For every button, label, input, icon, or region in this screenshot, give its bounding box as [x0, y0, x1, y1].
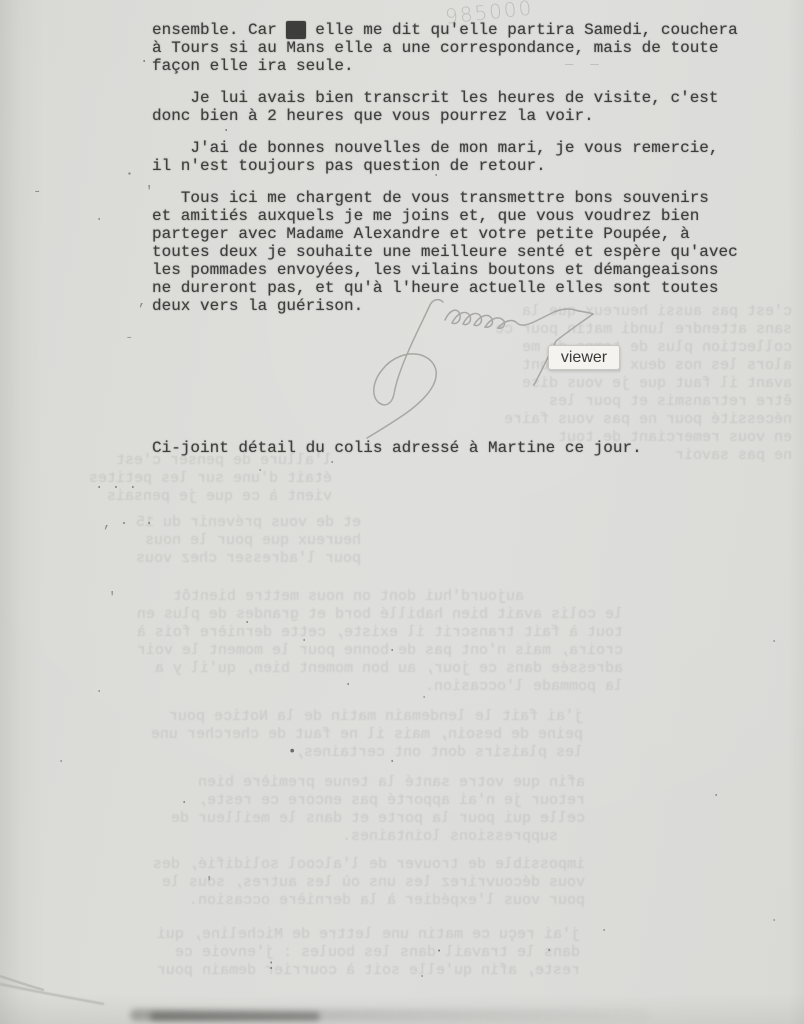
letter-line: J'ai de bonnes nouvelles de mon mari, je…: [152, 139, 738, 157]
letter-line: il n'est toujours pas question de retour…: [152, 157, 738, 175]
letter-text: ensemble. Car: [152, 21, 286, 39]
paper-speck: · · ·: [95, 480, 137, 496]
letter-paragraph: J'ai de bonnes nouvelles de mon mari, je…: [152, 139, 738, 175]
bleedthrough-text: impossible de trouver de l'alcool solidi…: [140, 856, 585, 910]
paper-speck: :: [267, 958, 275, 974]
paper-speck: •: [288, 744, 296, 760]
bleedthrough-text: aujourd'hui dont on nous mettre bientôtl…: [135, 588, 623, 696]
letter-paragraph: Ci-joint détail du colis adressé à Marti…: [152, 439, 738, 457]
paper-speck: , · ·: [103, 516, 153, 532]
letter-line: Tous ici me chargent de vous transmettre…: [152, 189, 738, 207]
paper-speck: ·: [770, 634, 778, 650]
bleedthrough-text: et de vous prévenir du 15heureux que pou…: [103, 514, 361, 568]
letter-line: les pommades envoyées, les vilains bouto…: [152, 261, 738, 279]
paper-speck: -: [33, 184, 41, 200]
paper-speck: ·: [95, 212, 103, 228]
overstrike-blot: xx: [286, 21, 305, 39]
paper-speck: .: [388, 640, 396, 656]
paper-speck: ·: [545, 943, 553, 959]
signature-initial-stroke: [367, 300, 443, 438]
paper-speck: .: [243, 612, 251, 628]
paper-speck: ·: [57, 754, 65, 770]
paper-speck: ·: [770, 913, 778, 929]
bleedthrough-text: j'ai reçu ce matin une lettre de Micheli…: [137, 926, 580, 980]
paper-speck: ': [108, 590, 116, 606]
paper-speck: .: [344, 674, 352, 690]
paper-speck: ·: [140, 54, 148, 70]
letter-paragraph: ensemble. Car xx elle me dit qu'elle par…: [152, 21, 738, 75]
letter-line: ensemble. Car xx elle me dit qu'elle par…: [152, 21, 738, 39]
paper-speck: ': [205, 875, 213, 891]
letter-paragraph: Je lui avais bien transcrit les heures d…: [152, 89, 738, 125]
letter-text: elle me dit qu'elle partira Samedi, couc…: [306, 21, 738, 39]
letter-line: façon elle ira seule.: [152, 57, 738, 75]
paper-speck: ·: [420, 690, 428, 706]
letter-line: donc bien à 2 heures que vous pourrez la…: [152, 107, 738, 125]
letter-line: à Tours si au Mans elle a une correspond…: [152, 39, 738, 57]
paper-speck: -: [125, 330, 133, 346]
bleedthrough-text: afin que votre santé la tenue première b…: [170, 774, 585, 846]
paper-speck: ·: [180, 795, 188, 811]
scan-shadow: [130, 1009, 650, 1021]
paper-speck: ,: [138, 294, 146, 310]
signature-scrawl-stroke: [445, 309, 593, 328]
letter-line: et amitiés auxquels je me joins et, que …: [152, 207, 738, 225]
paper-speck: ·: [600, 923, 608, 939]
tooltip: viewer: [548, 345, 620, 370]
scanned-letter-page: 985000 c'est pas aussi heureux que lasan…: [0, 0, 804, 1024]
tooltip-label: viewer: [561, 349, 607, 367]
paper-speck: ▪: [127, 170, 132, 179]
paper-speck: ·: [712, 788, 720, 804]
paper-speck: ·: [418, 969, 426, 985]
paper-speck: •: [437, 948, 441, 956]
paper-speck: ·: [95, 684, 103, 700]
paper-speck: ·: [388, 754, 396, 770]
letter-line: Je lui avais bien transcrit les heures d…: [152, 89, 738, 107]
bleedthrough-text: j'ai fait le lendemain matin de la Notic…: [145, 708, 583, 762]
letter-line: parteger avec Madame Alexandre et votre …: [152, 225, 738, 243]
letter-line: Ci-joint détail du colis adressé à Marti…: [152, 439, 738, 457]
letter-line: toutes deux je souhaite une meilleure se…: [152, 243, 738, 261]
scan-shadow-dark: [150, 1012, 320, 1021]
paper-speck: .: [300, 630, 308, 646]
